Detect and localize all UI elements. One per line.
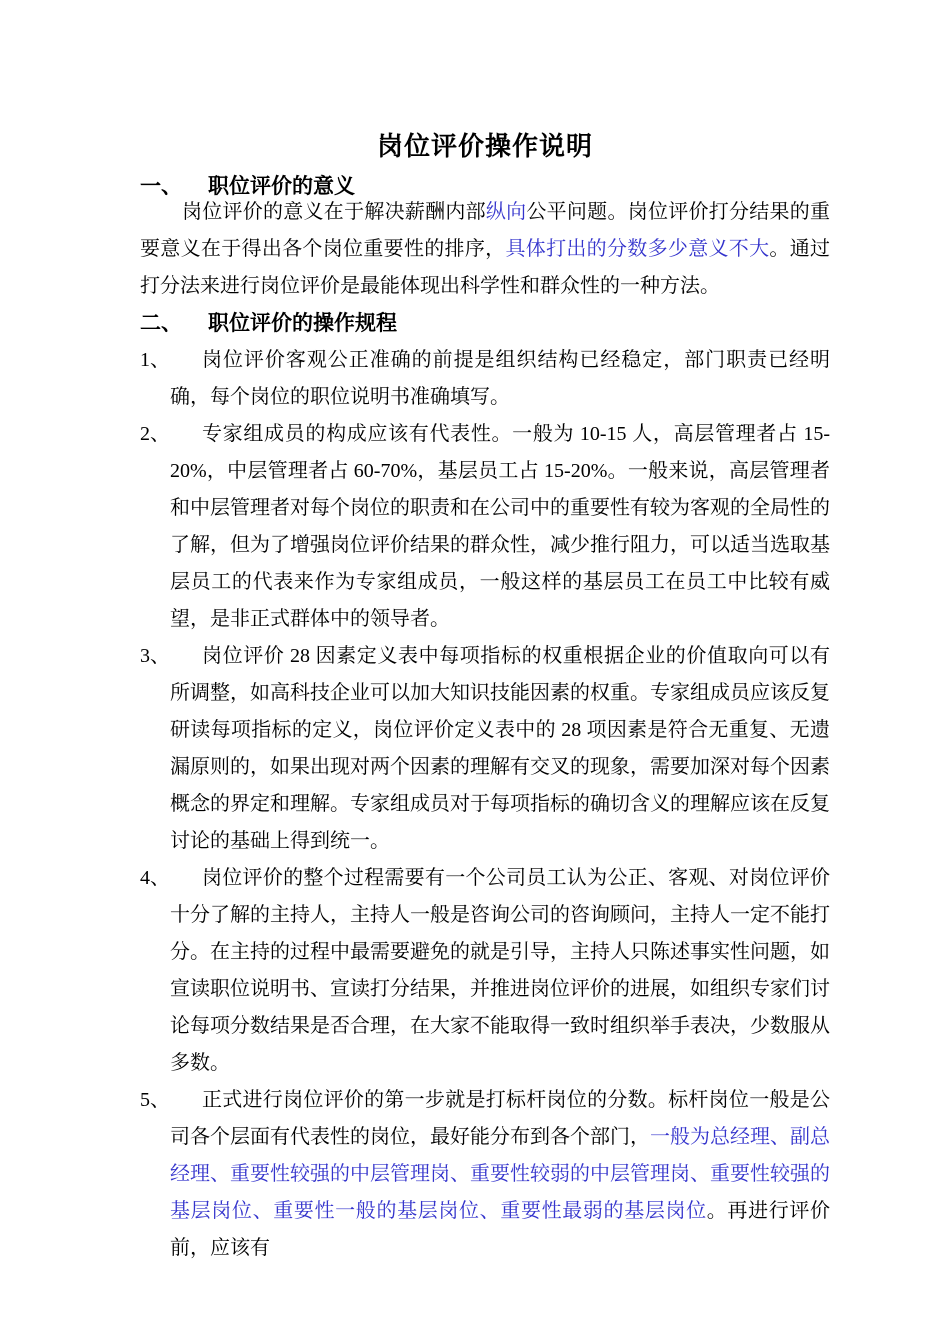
section-2-number: 二、	[140, 309, 208, 339]
list-item: 3、 岗位评价 28 因素定义表中每项指标的权重根据企业的价值取向可以有所调整，…	[140, 638, 830, 860]
doc-title: 岗位评价操作说明	[140, 126, 830, 166]
list-item-number: 3、	[140, 638, 170, 675]
document-page: 岗位评价操作说明 一、 职位评价的意义 岗位评价的意义在于解决薪酬内部纵向公平问…	[0, 0, 950, 1344]
section-2-heading-text: 职位评价的操作规程	[208, 309, 830, 339]
list-item-text: 岗位评价的整个过程需要有一个公司员工认为公正、客观、对岗位评价十分了解的主持人，…	[170, 867, 830, 1074]
list-item-text: 专家组成员的构成应该有代表性。一般为 10-15 人，高层管理者占 15-20%…	[170, 423, 830, 630]
list-item: 4、 岗位评价的整个过程需要有一个公司员工认为公正、客观、对岗位评价十分了解的主…	[140, 860, 830, 1082]
text-run: 纵向	[486, 201, 527, 223]
list-item-number: 4、	[140, 860, 170, 897]
text-run: 岗位评价的整个过程需要有一个公司员工认为公正、客观、对岗位评价十分了解的主持人，…	[170, 867, 830, 1074]
list-item-number: 2、	[140, 416, 170, 453]
intro-paragraph: 岗位评价的意义在于解决薪酬内部纵向公平问题。岗位评价打分结果的重要意义在于得出各…	[140, 194, 830, 305]
list-item-text: 岗位评价客观公正准确的前提是组织结构已经稳定，部门职责已经明确，每个岗位的职位说…	[170, 349, 830, 408]
list-item: 1、 岗位评价客观公正准确的前提是组织结构已经稳定，部门职责已经明确，每个岗位的…	[140, 342, 830, 416]
text-run: 岗位评价的意义在于解决薪酬内部	[182, 201, 486, 223]
list-item-text: 正式进行岗位评价的第一步就是打标杆岗位的分数。标杆岗位一般是公司各个层面有代表性…	[170, 1089, 830, 1259]
list-item: 2、 专家组成员的构成应该有代表性。一般为 10-15 人，高层管理者占 15-…	[140, 416, 830, 638]
list-item-text: 岗位评价 28 因素定义表中每项指标的权重根据企业的价值取向可以有所调整，如高科…	[170, 645, 830, 852]
list-item: 5、 正式进行岗位评价的第一步就是打标杆岗位的分数。标杆岗位一般是公司各个层面有…	[140, 1082, 830, 1267]
section-heading-2: 二、 职位评价的操作规程	[140, 309, 830, 339]
numbered-list: 1、 岗位评价客观公正准确的前提是组织结构已经稳定，部门职责已经明确，每个岗位的…	[140, 342, 830, 1267]
text-run: 岗位评价 28 因素定义表中每项指标的权重根据企业的价值取向可以有所调整，如高科…	[170, 645, 830, 852]
text-run: 专家组成员的构成应该有代表性。一般为 10-15 人，高层管理者占 15-20%…	[170, 423, 830, 630]
text-run: 具体打出的分数多少意义不大	[505, 238, 769, 260]
list-item-number: 5、	[140, 1082, 170, 1119]
list-item-number: 1、	[140, 342, 170, 379]
text-run: 岗位评价客观公正准确的前提是组织结构已经稳定，部门职责已经明确，每个岗位的职位说…	[170, 349, 830, 408]
